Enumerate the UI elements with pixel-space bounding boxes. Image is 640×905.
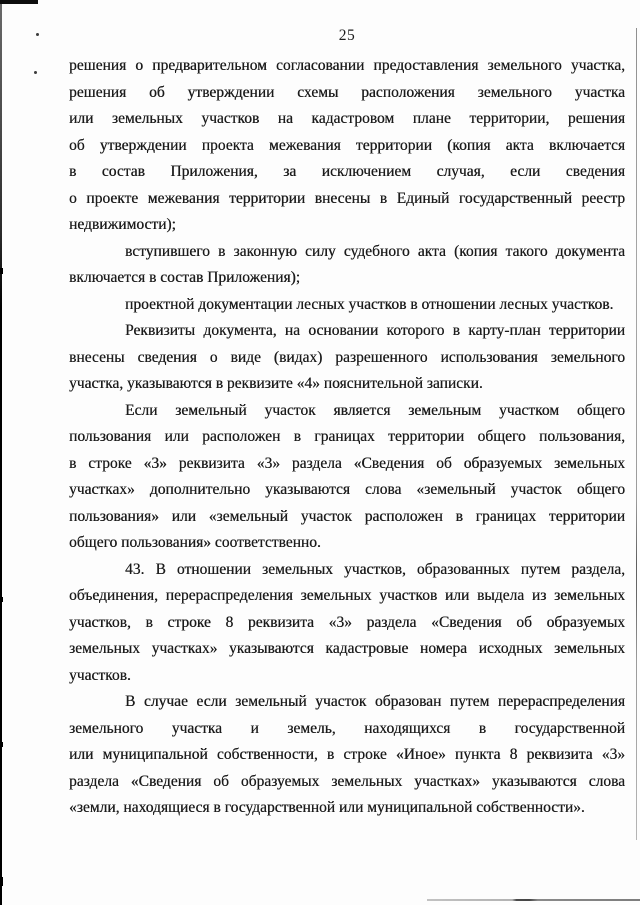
text-line: включается в состав Приложения); [69,265,625,292]
paragraph: Если земельный участок является земельны… [69,398,625,557]
text-line: участков. [69,663,625,690]
paragraph: проектной документации лесных участков в… [69,292,625,319]
text-line: в строке «3» реквизита «3» раздела «Свед… [69,451,625,478]
text-line: или муниципальной собственности, в строк… [69,742,625,769]
scan-artifact-bottom-line [427,899,640,901]
scan-artifact-edge-tick [0,597,3,602]
text-line: проектной документации лесных участков в… [69,292,625,319]
text-line: недвижимости); [69,212,625,239]
scan-artifact-edge-tick [0,877,3,886]
scan-artifact-right-edge [636,28,637,840]
text-line: Если земельный участок является земельны… [69,398,625,425]
text-line: раздела «Сведения об образуемых земельны… [69,769,625,796]
page-number: 25 [27,27,640,45]
text-line: пользования или расположен в границах те… [69,424,625,451]
text-line: пользования» или «земельный участок расп… [69,504,625,531]
paragraph: В случае если земельный участок образова… [69,689,625,822]
scan-artifact-left-edge [0,0,2,905]
text-line: «земли, находящиеся в государственной ил… [69,795,625,822]
text-line: 43. В отношении земельных участков, обра… [69,557,625,584]
text-line: в состав Приложения, за исключением случ… [69,159,625,186]
text-line: объединения, перераспределения земельных… [69,583,625,610]
text-line: внесены сведения о виде (видах) разрешен… [69,345,625,372]
text-line: об утверждении проекта межевания террито… [69,133,625,160]
text-line: участка, указываются в реквизите «4» поя… [69,371,625,398]
paragraph: вступившего в законную силу судебного ак… [69,239,625,292]
document-page: 25 решения о предварительном согласовани… [0,0,640,905]
scan-artifact-speck [34,71,37,74]
text-line: решения об утверждении схемы расположени… [69,80,625,107]
text-line: о проекте межевания территории внесены в… [69,186,625,213]
scan-artifact-top-bar [0,0,38,4]
paragraph: решения о предварительном согласовании п… [69,53,625,239]
paragraph: 43. В отношении земельных участков, обра… [69,557,625,690]
text-line: решения о предварительном согласовании п… [69,53,625,80]
text-line: Реквизиты документа, на основании которо… [69,318,625,345]
scan-artifact-edge-tick [0,268,3,274]
scan-artifact-edge-tick [0,742,3,747]
paragraph: Реквизиты документа, на основании которо… [69,318,625,398]
text-line: участков, в строке 8 реквизита «3» разде… [69,610,625,637]
text-line: В случае если земельный участок образова… [69,689,625,716]
text-line: общего пользования» соответственно. [69,530,625,557]
text-line: земельного участка и земель, находящихся… [69,716,625,743]
text-block: решения о предварительном согласовании п… [69,53,625,822]
text-line: земельных участках» указываются кадастро… [69,636,625,663]
text-line: или земельных участков на кадастровом пл… [69,106,625,133]
text-line: участках» дополнительно указываются слов… [69,477,625,504]
text-line: вступившего в законную силу судебного ак… [69,239,625,266]
